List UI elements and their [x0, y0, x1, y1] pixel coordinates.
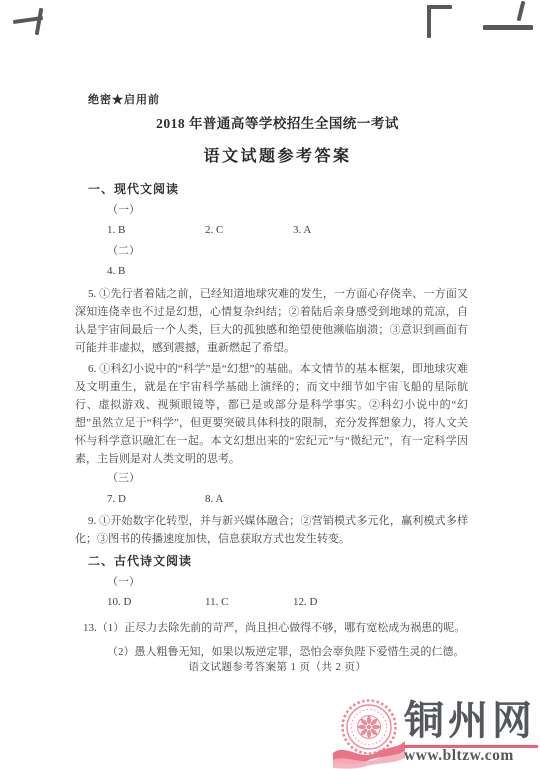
answer-item: 11. C — [205, 592, 293, 613]
answer-paragraph: 5. ①先行者着陆之前，已经知道地球灾难的发生，一方面心存侥幸、一方面又深知连侥… — [75, 285, 468, 357]
choice-answers-row: 4. B — [107, 261, 468, 282]
answer-item: 10. D — [107, 592, 205, 613]
answer-content: 一、现代文阅读（一）1. B2. C3. A（二）4. B5. ①先行者着陆之前… — [75, 176, 468, 663]
choice-answers-row: 1. B2. C3. A — [107, 220, 468, 241]
choice-answers-row: 7. D8. A — [107, 489, 468, 510]
watermark-site-url: www.bltzw.com — [404, 747, 514, 765]
section-heading: 一、现代文阅读 — [88, 179, 468, 200]
classification-notice: 绝密★启用前 — [88, 91, 160, 107]
watermark-site-name: 铜州网 — [404, 698, 540, 744]
answer-item: 7. D — [107, 489, 205, 510]
answer-item: 12. D — [293, 592, 317, 613]
subsection-label: （一） — [107, 200, 468, 221]
answer-item: 1. B — [107, 220, 205, 241]
page-footer: 语文试题参考答案第 1 页（共 2 页） — [75, 659, 480, 674]
answer-item: 2. C — [205, 220, 293, 241]
answer-paragraph: 9. ①开始数字化转型，并与新兴媒体融合；②营销模式多元化，赢利模式多样化；③图… — [75, 512, 468, 548]
answer-paragraph: 6. ①科幻小说中的“科学”是“幻想”的基础。本文情节的基本框架，即地球灾难及文… — [75, 360, 468, 468]
choice-answers-row: 10. D11. C12. D — [107, 592, 468, 613]
seal-icon — [331, 698, 407, 769]
exam-title: 2018 年普通高等学校招生全国统一考试 — [75, 112, 480, 132]
scan-artifact-top-left — [13, 6, 55, 40]
section-heading: 二、古代诗文阅读 — [88, 551, 468, 572]
answer-item: 8. A — [205, 489, 223, 510]
answer-item: 3. A — [293, 220, 311, 241]
exam-answer-page: { "document": { "classified": "绝密★启用前", … — [0, 0, 540, 769]
subsection-label: （一） — [107, 572, 468, 593]
page-title: 语文试题参考答案 — [75, 143, 480, 166]
answer-item: 4. B — [107, 261, 125, 282]
answer-line: 13.（1）正尽力去除先前的苛严，尚且担心做得不够，哪有宽松成为祸患的呢。 — [83, 617, 468, 639]
subsection-label: （二） — [107, 241, 468, 262]
scan-artifact-top-right — [427, 1, 539, 47]
subsection-label: （三） — [107, 468, 468, 489]
